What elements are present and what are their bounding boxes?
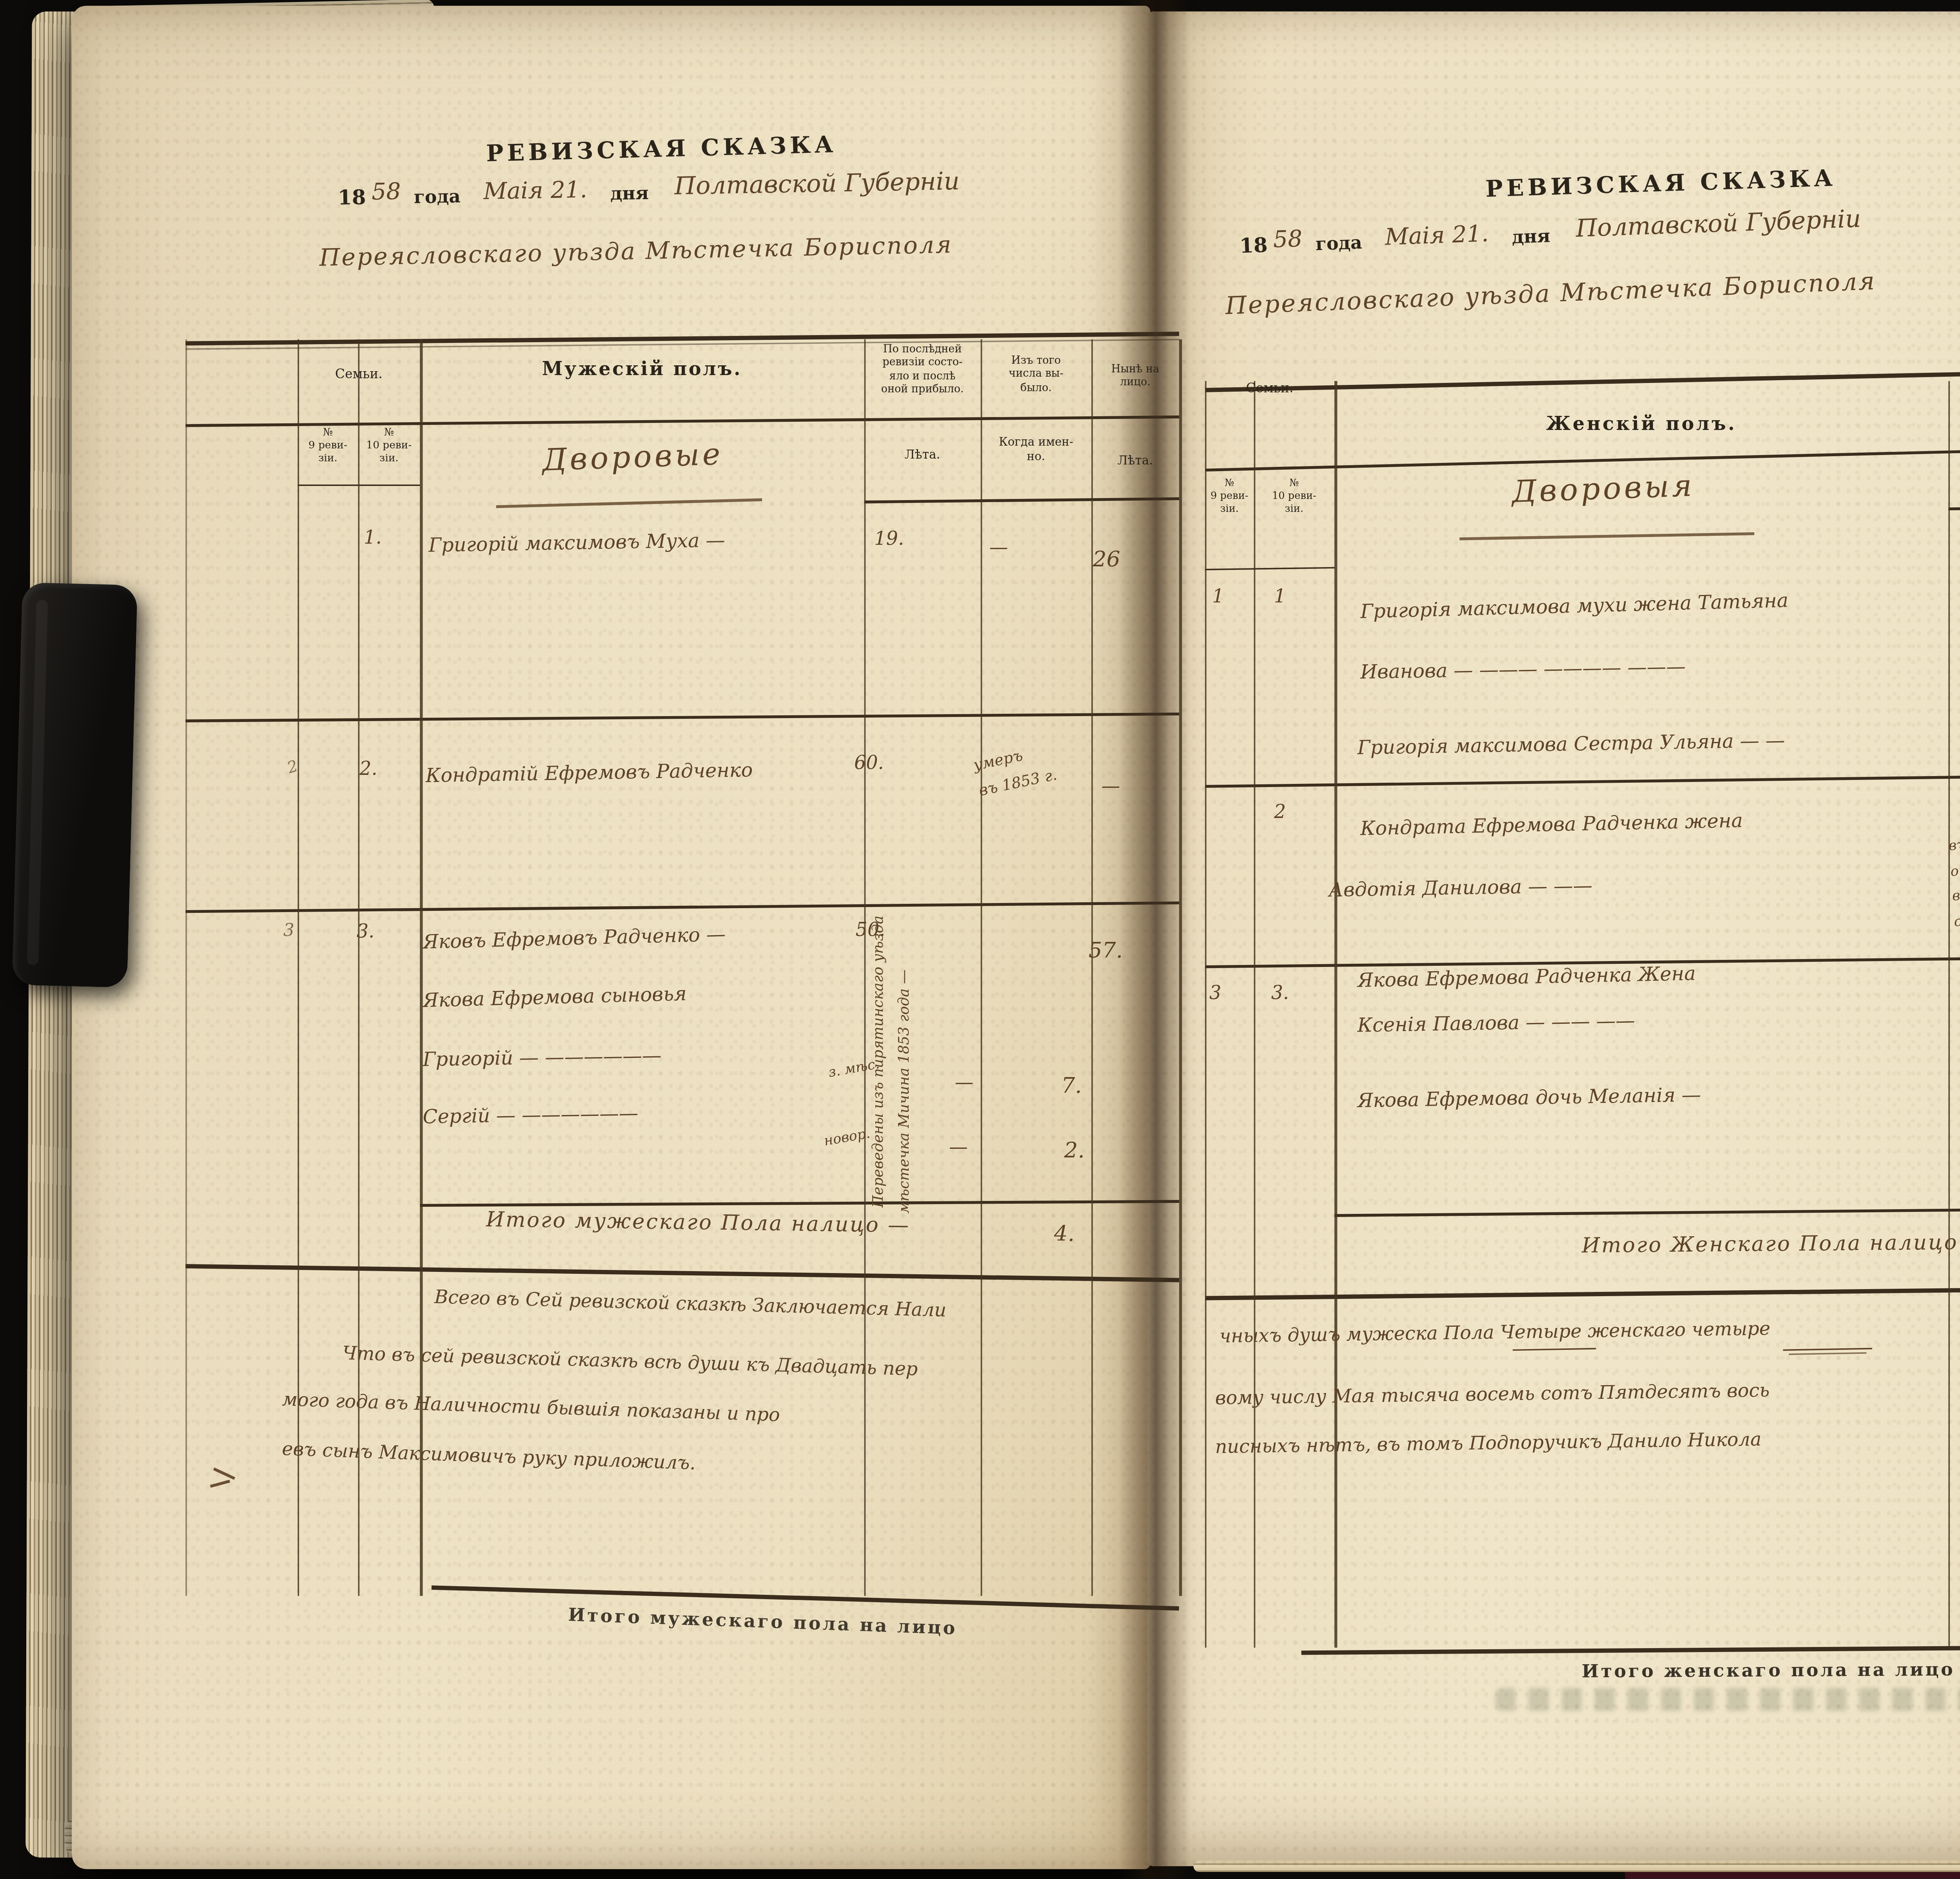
grid-line <box>1179 339 1181 1596</box>
year-prefix: 18 <box>338 187 366 210</box>
col-years-last: Лѣта. <box>864 448 981 464</box>
day-handwritten: Маія 21. <box>483 176 588 205</box>
row-age-last: 19. <box>874 529 904 551</box>
scanned-book-spread: РЕВИЗСКАЯ СКАЗКА 18 58 года Маія 21. дня… <box>0 0 1960 1879</box>
row-number: 3 <box>1209 983 1221 1005</box>
col-family: Семьи. <box>298 368 420 384</box>
row-number: 2. <box>359 759 377 781</box>
when-note-line1: умеръ <box>972 747 1025 775</box>
day-word: дня <box>610 182 649 204</box>
row-when: — <box>989 538 1008 559</box>
col-years-now: Лѣта. <box>1091 454 1179 470</box>
son-dash: — <box>949 1137 968 1159</box>
province-handwritten: Полтавской Губерніи <box>674 168 960 201</box>
col-rev10: № 10 реви- зіи. <box>1254 477 1334 515</box>
year-prefix: 18 <box>1239 234 1268 258</box>
row-name: Ксенія Павлова — —— —— <box>1357 1010 1635 1037</box>
col-temp-absence: Во времен- ной отлуч- кѣ. <box>1948 397 1960 437</box>
col-now-present: Нынѣ на лицо. <box>1091 362 1179 389</box>
total-label: Итого Женскаго Пола налицо <box>1582 1232 1958 1258</box>
row-age-now: 26 <box>1093 546 1120 572</box>
row-age-now: 57. <box>1089 938 1123 963</box>
col-rev10: № 10 реви- зіи. <box>358 426 420 464</box>
col-since-when: Съ котораго времени. <box>1948 518 1960 544</box>
row-age-now: — <box>1102 776 1120 798</box>
col-when-exactly: Когда имен- но. <box>981 435 1091 464</box>
day-word: дня <box>1512 225 1551 247</box>
row-number: 2 <box>1274 802 1286 824</box>
grid-line <box>1948 381 1950 1648</box>
vertical-margin-note: мѣстечка Мичина 1853 года — <box>897 730 913 1213</box>
col-last-revision: По послѣдней ревизіи состо- яло и послѣ … <box>864 342 981 395</box>
footer-right: Итого женскаго пола на лицо <box>1582 1658 1955 1682</box>
grid-line <box>1334 381 1337 1648</box>
son-name: Григорій — —————— <box>423 1045 662 1072</box>
grid-line <box>1091 339 1093 1596</box>
son-age: 2. <box>1064 1137 1085 1163</box>
year-word: года <box>414 185 461 207</box>
son-name: Сергій — —————— <box>423 1102 639 1129</box>
year-handwritten: 58 <box>1272 225 1303 253</box>
row-number: 3. <box>1271 983 1289 1005</box>
grid-line <box>185 339 187 1596</box>
grid-line <box>864 339 866 1596</box>
row-number: 1. <box>364 528 382 549</box>
total-value: 4. <box>1054 1221 1075 1246</box>
vertical-margin-note: Переведены изъ пирятинскаго уѣзда <box>871 730 887 1208</box>
col-male: Мужескій полъ. <box>420 359 864 383</box>
bleed-through-text <box>1495 1688 1960 1711</box>
col-female: Женскій полъ. <box>1334 414 1948 437</box>
col-rev9: № 9 реви- зіи. <box>1205 477 1254 515</box>
grid-line <box>1205 381 1207 1648</box>
binder-clip <box>12 582 138 988</box>
binder-clip-ridge <box>27 600 48 965</box>
row-number: 1 <box>1274 587 1286 608</box>
row-number: 3. <box>357 921 375 943</box>
col-rev9: № 9 реви- зіи. <box>298 426 358 464</box>
son-age: 7. <box>1061 1072 1082 1098</box>
page-edge-stack-bottom-right <box>1194 1861 1960 1872</box>
col-departed: Изъ того числа вы- было. <box>981 354 1091 394</box>
son-dash: — <box>955 1072 974 1094</box>
year-handwritten: 58 <box>371 178 401 205</box>
day-handwritten: Маія 21. <box>1385 219 1489 250</box>
col-family: Семьи. <box>1205 383 1334 399</box>
row-number: 1 <box>1212 587 1224 608</box>
grid-line <box>981 339 983 1596</box>
row-name: Авдотія Данилова — —— <box>1328 875 1593 902</box>
margin-mark: 3 <box>283 920 294 940</box>
year-word: года <box>1315 231 1363 254</box>
